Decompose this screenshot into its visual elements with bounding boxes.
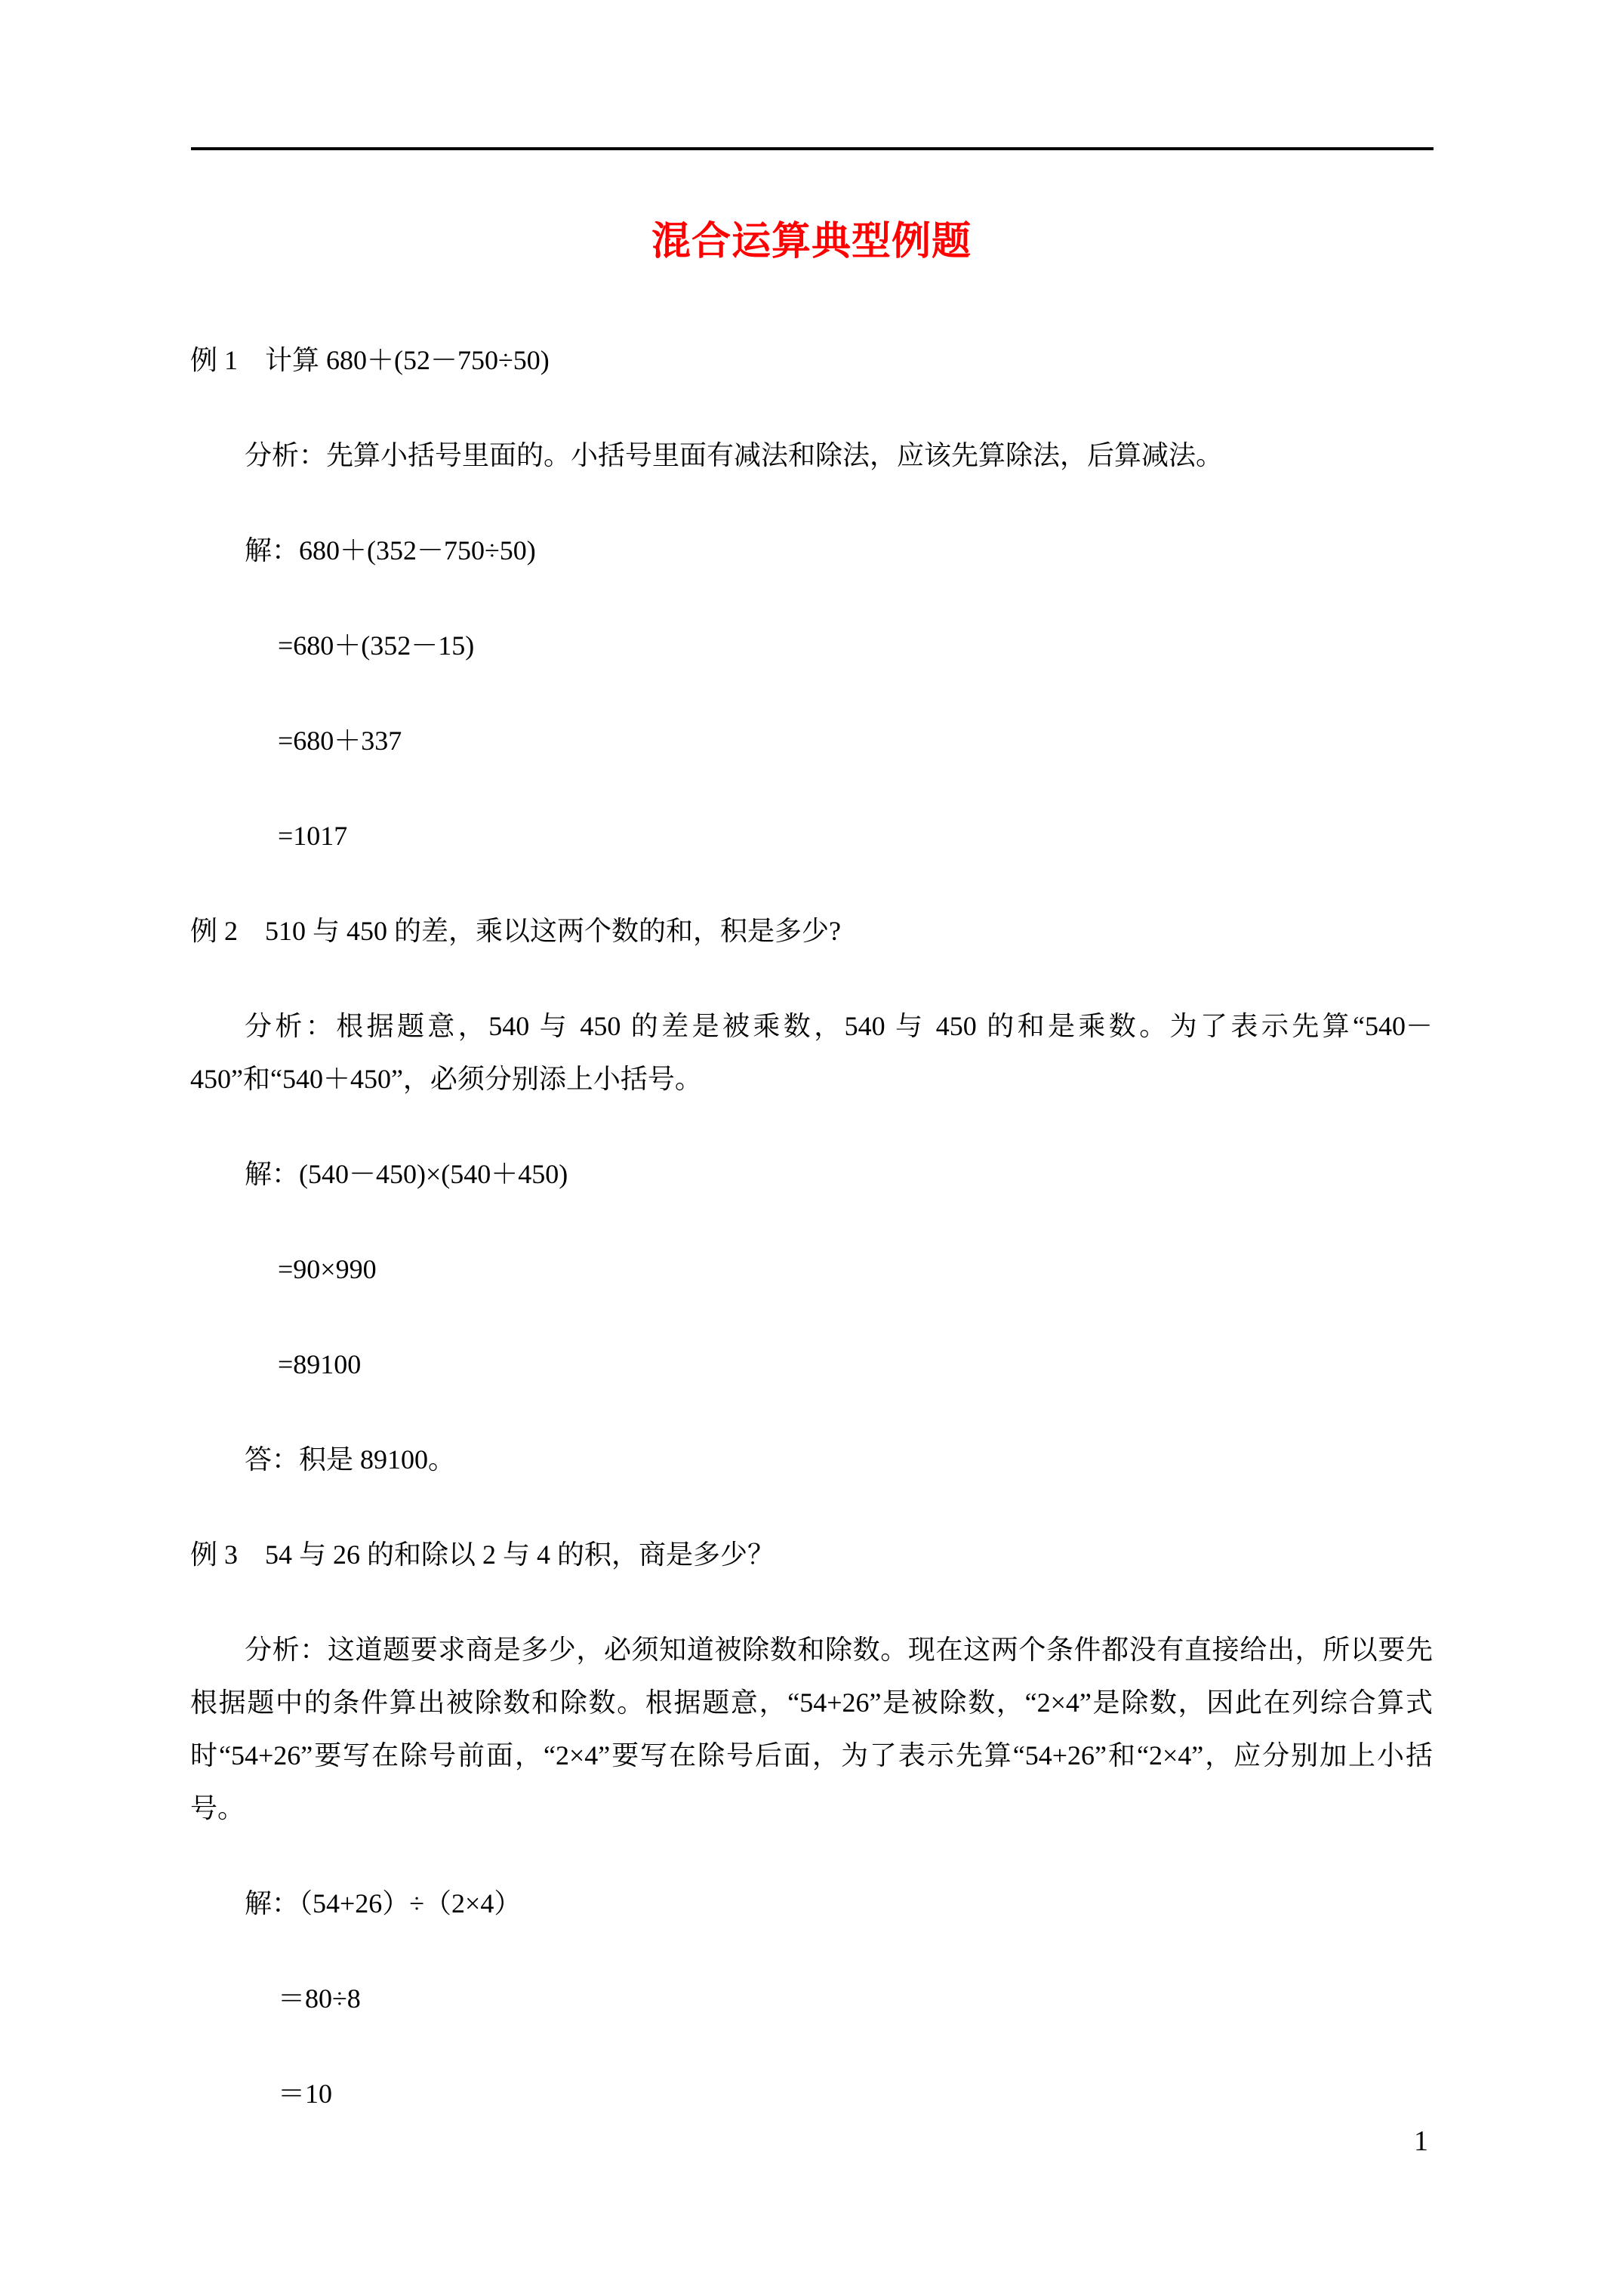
example3-label: 例 3 bbox=[190, 1539, 238, 1570]
example2-label: 例 2 bbox=[190, 916, 238, 946]
example1-result: =1017 bbox=[190, 809, 1433, 862]
example2-solution-line: 解：(540－450)×(540＋450) bbox=[190, 1148, 1433, 1200]
example1-heading: 例 1计算 680＋(52－750÷50) bbox=[190, 334, 1433, 387]
example1-step: =680＋337 bbox=[190, 714, 1433, 767]
example1-analysis: 分析：先算小括号里面的。小括号里面有减法和除法，应该先算除法，后算减法。 bbox=[190, 429, 1433, 482]
example3-result: ＝10 bbox=[190, 2067, 1433, 2120]
example3-heading: 例 354 与 26 的和除以 2 与 4 的积，商是多少？ bbox=[190, 1528, 1433, 1581]
example1-step: =680＋(352－15) bbox=[190, 619, 1433, 672]
example3-solution-line: 解：（54+26）÷（2×4） bbox=[190, 1877, 1433, 1930]
page-number: 1 bbox=[1414, 2123, 1428, 2159]
document-body: 例 1计算 680＋(52－750÷50) 分析：先算小括号里面的。小括号里面有… bbox=[190, 334, 1433, 2162]
page-title: 混合运算典型例题 bbox=[0, 214, 1623, 271]
example2-result: =89100 bbox=[190, 1338, 1433, 1391]
example3-step: ＝80÷8 bbox=[190, 1972, 1433, 2025]
example2-question: 510 与 450 的差，乘以这两个数的和，积是多少? bbox=[265, 916, 841, 946]
example1-question: 计算 680＋(52－750÷50) bbox=[265, 345, 550, 375]
example1-solution-line: 解：680＋(352－750÷50) bbox=[190, 524, 1433, 577]
header-rule bbox=[191, 147, 1434, 150]
document-page: 混合运算典型例题 例 1计算 680＋(52－750÷50) 分析：先算小括号里… bbox=[0, 0, 1623, 2296]
example2-step: =90×990 bbox=[190, 1243, 1433, 1296]
example3-analysis: 分析：这道题要求商是多少，必须知道被除数和除数。现在这两个条件都没有直接给出，所… bbox=[190, 1623, 1433, 1835]
example2-heading: 例 2510 与 450 的差，乘以这两个数的和，积是多少? bbox=[190, 905, 1433, 957]
example1-label: 例 1 bbox=[190, 345, 238, 375]
example2-analysis: 分析：根据题意，540 与 450 的差是被乘数，540 与 450 的和是乘数… bbox=[190, 1000, 1433, 1105]
example2-answer: 答：积是 89100。 bbox=[190, 1433, 1433, 1486]
example3-question: 54 与 26 的和除以 2 与 4 的积，商是多少？ bbox=[265, 1539, 775, 1570]
